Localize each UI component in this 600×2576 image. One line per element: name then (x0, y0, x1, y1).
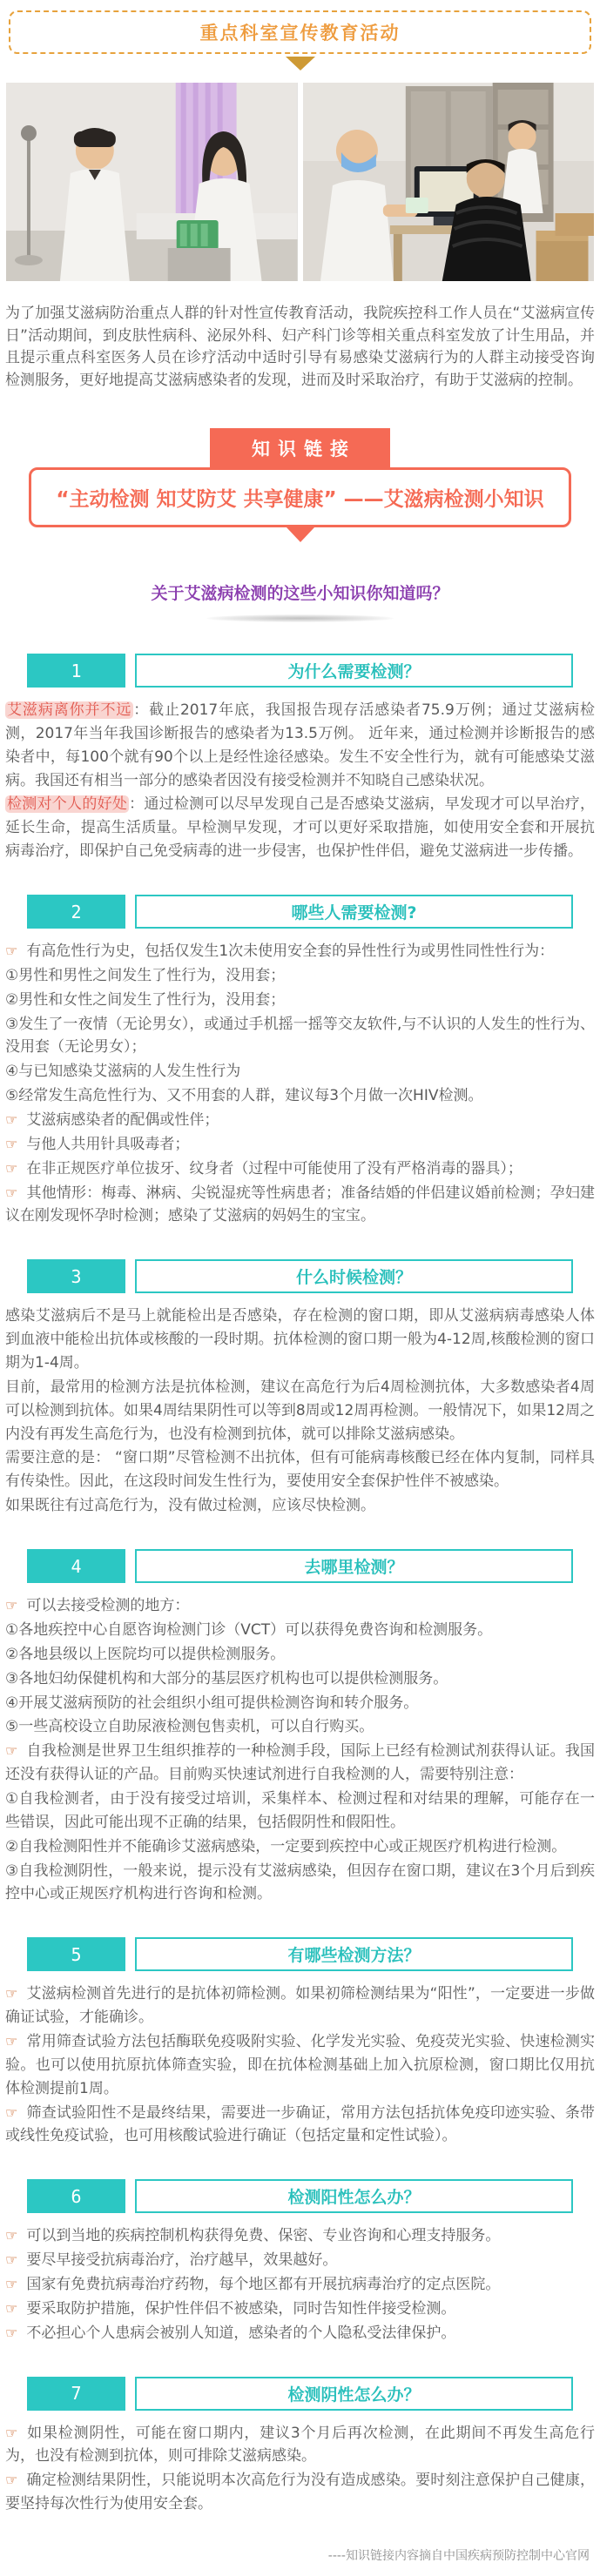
section-1: 1为什么需要检测？艾滋病离你并不远：截止2017年底，我国报告现存活感染者75.… (0, 654, 600, 863)
pointing-finger-icon: ☞ (5, 1160, 17, 1177)
plain-text: 需要注意的是： “窗口期”尽管检测不出抗体，但有可能病毒核酸已经在体内复制，同样… (5, 1449, 595, 1490)
plain-text: ③发生了一夜情（无论男女），或通过手机摇一摇等交友软件,与不认识的人发生的性行为… (5, 1016, 595, 1057)
section-title: 有哪些检测方法？ (135, 1937, 573, 1971)
text-item: ④开展艾滋病预防的社会组织小组可提供检测咨询和转介服务。 (5, 1692, 595, 1715)
text-item: ②男性和女性之间发生了性行为，没用套； (5, 989, 595, 1012)
bullet-item: ☞艾滋病检测首先进行的是抗体初筛检测。如果初筛检测结果为“阳性”，一定要进一步做… (5, 1982, 595, 2029)
section-header: 2哪些人需要检测? (27, 895, 573, 929)
knowledge-link-badge: 知识链接 (210, 428, 390, 468)
section-header: 7检测阴性怎么办？ (27, 2377, 573, 2411)
bullet-item: ☞可以到当地的疾病控制机构获得免费、保密、专业咨询和心理支持服务。 (5, 2224, 595, 2248)
text-item: 目前，最常用的检测方法是抗体检测，建议在高危行为后4周检测抗体，大多数感染者4周… (5, 1376, 595, 1446)
section-3: 3什么时候检测？感染艾滋病后不是马上就能检出是否感染，存在检测的窗口期，即从艾滋… (0, 1259, 600, 1518)
highlighted-phrase: 艾滋病离你并不远 (5, 701, 133, 719)
bullet-item: ☞在非正规医疗单位拔牙、纹身者（过程中可能使用了没有严格消毒的器具）； (5, 1157, 595, 1181)
plain-text: 目前，最常用的检测方法是抗体检测，建议在高危行为后4周检测抗体，大多数感染者4周… (5, 1379, 595, 1443)
section-title: 为什么需要检测？ (135, 654, 573, 688)
section-header: 6检测阳性怎么办？ (27, 2179, 573, 2213)
slogan-box: “主动检测 知艾防艾 共享健康” ——艾滋病检测小知识 (29, 467, 571, 527)
text-item: ③自我检测阴性，一般来说，提示没有艾滋病感染，但因存在窗口期，建议在3个月后到疾… (5, 1860, 595, 1907)
bullet-text: 与他人共用针具吸毒者； (26, 1136, 189, 1153)
highlighted-phrase: 检测对个人的好处 (5, 795, 129, 813)
section-header: 5有哪些检测方法？ (27, 1937, 573, 1971)
article-page: 重点科室宣传教育活动 (0, 0, 600, 2576)
bullet-item: ☞与他人共用针具吸毒者； (5, 1133, 595, 1157)
plain-text: 感染艾滋病后不是马上就能检出是否感染，存在检测的窗口期，即从艾滋病病毒感染人体到… (5, 1307, 595, 1372)
bullet-item: ☞要尽早接受抗病毒治疗，治疗越早，效果越好。 (5, 2249, 595, 2272)
bullet-item: ☞常用筛查试验方法包括酶联免疫吸附实验、化学发光实验、免疫荧光实验、快速检测实验… (5, 2030, 595, 2101)
pointing-finger-icon: ☞ (5, 2300, 17, 2317)
section-2: 2哪些人需要检测?☞有高危性行为史，包括仅发生1次未使用安全套的异性性行为或男性… (0, 895, 600, 1228)
text-item: ⑤一些高校设立自助尿液检测包售卖机，可以自行购买。 (5, 1715, 595, 1739)
section-number-badge: 3 (27, 1259, 125, 1293)
section-title: 检测阴性怎么办？ (135, 2377, 573, 2411)
plain-text: ④开展艾滋病预防的社会组织小组可提供检测咨询和转介服务。 (5, 1694, 418, 1712)
pointing-finger-icon: ☞ (5, 1136, 17, 1152)
sections: 1为什么需要检测？艾滋病离你并不远：截止2017年底，我国报告现存活感染者75.… (0, 654, 600, 2516)
section-title: 什么时候检测？ (135, 1259, 573, 1293)
top-banner: 重点科室宣传教育活动 (9, 10, 591, 54)
intro-paragraph: 为了加强艾滋病防治重点人群的针对性宣传教育活动，我院疾控科工作人员在“艾滋病宣传… (0, 296, 600, 392)
plain-text: 如果既往有过高危行为，没有做过检测，应该尽快检测。 (5, 1497, 375, 1514)
banner-arrow-down-icon (286, 57, 315, 70)
plain-text: ⑤经常发生高危性行为、又不用套的人群，建议每3个月做一次HIV检测。 (5, 1087, 482, 1104)
section-header: 3什么时候检测？ (27, 1259, 573, 1293)
section-5: 5有哪些检测方法？☞艾滋病检测首先进行的是抗体初筛检测。如果初筛检测结果为“阳性… (0, 1937, 600, 2148)
section-body: ☞有高危性行为史，包括仅发生1次未使用安全套的异性性行为或男性同性性行为：①男性… (0, 940, 600, 1228)
pointing-finger-icon: ☞ (5, 1742, 17, 1759)
text-item: 感染艾滋病后不是马上就能检出是否感染，存在检测的窗口期，即从艾滋病病毒感染人体到… (5, 1305, 595, 1375)
pointing-finger-icon: ☞ (5, 1111, 17, 1128)
bullet-item: ☞不必担心个人患病会被别人知道，感染者的个人隐私受法律保护。 (5, 2322, 595, 2345)
section-header: 1为什么需要检测？ (27, 654, 573, 688)
plain-text: ③自我检测阴性，一般来说，提示没有艾滋病感染，但因存在窗口期，建议在3个月后到疾… (5, 1862, 595, 1903)
bullet-item: ☞如果检测阴性，可能在窗口期内，建议3个月后再次检测，在此期间不再发生高危行为，… (5, 2422, 595, 2469)
plain-text: ①男性和男性之间发生了性行为，没用套； (5, 967, 285, 984)
text-item: ①男性和男性之间发生了性行为，没用套； (5, 964, 595, 988)
text-item: ②自我检测阳性并不能确诊艾滋病感染，一定要到疾控中心或正规医疗机构进行检测。 (5, 1835, 595, 1859)
bullet-text: 有高危性行为史，包括仅发生1次未使用安全套的异性性行为或男性同性性行为： (26, 943, 554, 960)
section-title: 哪些人需要检测? (135, 895, 573, 929)
bullet-item: ☞国家有免费抗病毒治疗药物，每个地区都有开展抗病毒治疗的定点医院。 (5, 2273, 595, 2297)
section-number-badge: 5 (27, 1937, 125, 1971)
plain-text: ③各地妇幼保健机构和大部分的基层医疗机构也可以提供检测服务。 (5, 1670, 448, 1687)
text-item: ①各地疾控中心自愿咨询检测门诊（VCT）可以获得免费咨询和检测服务。 (5, 1619, 595, 1642)
pointing-finger-icon: ☞ (5, 2472, 17, 2488)
text-item: ②各地县级以上医院均可以提供检测服务。 (5, 1643, 595, 1667)
photo-row (0, 70, 600, 281)
pointing-finger-icon: ☞ (5, 2227, 17, 2244)
text-item: ④与已知感染艾滋病的人发生性行为 (5, 1060, 595, 1083)
top-banner-title: 重点科室宣传教育活动 (200, 23, 401, 44)
plain-text: ②自我检测阳性并不能确诊艾滋病感染，一定要到疾控中心或正规医疗机构进行检测。 (5, 1838, 566, 1855)
bullet-text: 在非正规医疗单位拔牙、纹身者（过程中可能使用了没有严格消毒的器具）； (26, 1160, 522, 1177)
bullet-text: 其他情形：梅毒、淋病、尖锐湿疣等性病患者；准备结婚的伴侣建议婚前检测；孕妇建议在… (5, 1184, 595, 1225)
plain-text: ①各地疾控中心自愿咨询检测门诊（VCT）可以获得免费咨询和检测服务。 (5, 1621, 492, 1639)
text-item: ③发生了一夜情（无论男女），或通过手机摇一摇等交友软件,与不认识的人发生的性行为… (5, 1013, 595, 1060)
bullet-item: ☞其他情形：梅毒、淋病、尖锐湿疣等性病患者；准备结婚的伴侣建议婚前检测；孕妇建议… (5, 1182, 595, 1229)
bullet-item: ☞有高危性行为史，包括仅发生1次未使用安全套的异性性行为或男性同性性行为： (5, 940, 595, 963)
plain-text: ②男性和女性之间发生了性行为，没用套； (5, 991, 285, 1009)
bullet-item: ☞筛查试验阳性不是最终结果，需要进一步确证，常用方法包括抗体免疫印迹实验、条带或… (5, 2102, 595, 2149)
text-item: 艾滋病离你并不远：截止2017年底，我国报告现存活感染者75.9万例；通过艾滋病… (5, 699, 595, 792)
section-number-badge: 6 (27, 2179, 125, 2213)
section-number-badge: 4 (27, 1549, 125, 1583)
section-6: 6检测阳性怎么办？☞可以到当地的疾病控制机构获得免费、保密、专业咨询和心理支持服… (0, 2179, 600, 2345)
text-item: 检测对个人的好处：通过检测可以尽早发现自己是否感染艾滋病，早发现才可以早治疗，延… (5, 793, 595, 863)
bullet-item: ☞可以去接受检测的地方： (5, 1594, 595, 1618)
pointing-finger-icon: ☞ (5, 2251, 17, 2268)
section-number-badge: 1 (27, 654, 125, 688)
pointing-finger-icon: ☞ (5, 2104, 17, 2121)
section-7: 7检测阴性怎么办？☞如果检测阴性，可能在窗口期内，建议3个月后再次检测，在此期间… (0, 2377, 600, 2516)
bullet-text: 要采取防护措施，保护性伴侣不被感染，同时告知性伴接受检测。 (26, 2300, 455, 2318)
bullet-item: ☞自我检测是世界卫生组织推荐的一种检测手段，国际上已经有检测试剂获得认证。我国还… (5, 1740, 595, 1787)
text-item: 需要注意的是： “窗口期”尽管检测不出抗体，但有可能病毒核酸已经在体内复制，同样… (5, 1446, 595, 1493)
bullet-text: 国家有免费抗病毒治疗药物，每个地区都有开展抗病毒治疗的定点医院。 (26, 2276, 500, 2293)
text-item: 如果既往有过高危行为，没有做过检测，应该尽快检测。 (5, 1494, 595, 1518)
section-body: ☞如果检测阴性，可能在窗口期内，建议3个月后再次检测，在此期间不再发生高危行为，… (0, 2422, 600, 2516)
plain-text: ①自我检测者，由于没有接受过培训，采集样本、检测过程和对结果的理解，可能存在一些… (5, 1790, 595, 1831)
text-item: ③各地妇幼保健机构和大部分的基层医疗机构也可以提供检测服务。 (5, 1667, 595, 1691)
knowledge-link-badge-label: 知识链接 (252, 439, 356, 460)
pointing-finger-icon: ☞ (5, 943, 17, 959)
photo-clinic-left (6, 83, 298, 281)
section-header: 4去哪里检测？ (27, 1549, 573, 1583)
section-body: 感染艾滋病后不是马上就能检出是否感染，存在检测的窗口期，即从艾滋病病毒感染人体到… (0, 1305, 600, 1518)
bullet-text: 确定检测结果阴性，只能说明本次高危行为没有造成感染。要时刻注意保护自己健康，要坚… (5, 2472, 595, 2512)
bullet-text: 可以到当地的疾病控制机构获得免费、保密、专业咨询和心理支持服务。 (26, 2227, 500, 2244)
plain-text: ⑤一些高校设立自助尿液检测包售卖机，可以自行购买。 (5, 1718, 374, 1735)
slogan-text: “主动检测 知艾防艾 共享健康” ——艾滋病检测小知识 (56, 488, 543, 511)
pointing-finger-icon: ☞ (5, 2033, 17, 2049)
bullet-text: 自我检测是世界卫生组织推荐的一种检测手段，国际上已经有检测试剂获得认证。我国还没… (5, 1742, 595, 1783)
bullet-text: 常用筛查试验方法包括酶联免疫吸附实验、化学发光实验、免疫荧光实验、快速检测实验。… (5, 2033, 595, 2097)
plain-text: ②各地县级以上医院均可以提供检测服务。 (5, 1646, 285, 1663)
bullet-item: ☞确定检测结果阴性，只能说明本次高危行为没有造成感染。要时刻注意保护自己健康，要… (5, 2469, 595, 2516)
bullet-item: ☞要采取防护措施，保护性伴侣不被感染，同时告知性伴接受检测。 (5, 2298, 595, 2321)
pointing-finger-icon: ☞ (5, 2425, 17, 2441)
pointing-finger-icon: ☞ (5, 2324, 17, 2341)
section-body: ☞可以去接受检测的地方：①各地疾控中心自愿咨询检测门诊（VCT）可以获得免费咨询… (0, 1594, 600, 1906)
bullet-text: 要尽早接受抗病毒治疗，治疗越早，效果越好。 (26, 2251, 337, 2269)
section-body: 艾滋病离你并不远：截止2017年底，我国报告现存活感染者75.9万例；通过艾滋病… (0, 699, 600, 863)
section-number-badge: 2 (27, 895, 125, 929)
bullet-item: ☞艾滋病感染者的配偶或性伴； (5, 1109, 595, 1132)
text-item: ⑤经常发生高危性行为、又不用套的人群，建议每3个月做一次HIV检测。 (5, 1084, 595, 1108)
section-4: 4去哪里检测？☞可以去接受检测的地方：①各地疾控中心自愿咨询检测门诊（VCT）可… (0, 1549, 600, 1906)
bullet-text: 艾滋病感染者的配偶或性伴； (26, 1111, 219, 1129)
pointing-finger-icon: ☞ (5, 1184, 17, 1201)
question-heading: 关于艾滋病检测的这些小知识你知道吗？ (0, 580, 600, 604)
slogan-box-tail-icon (287, 527, 314, 542)
bullet-text: 筛查试验阳性不是最终结果，需要进一步确证，常用方法包括抗体免疫印迹实验、条带或线… (5, 2104, 595, 2145)
section-title: 检测阳性怎么办？ (135, 2179, 573, 2213)
section-title: 去哪里检测？ (135, 1549, 573, 1583)
bullet-text: 不必担心个人患病会被别人知道，感染者的个人隐私受法律保护。 (26, 2324, 455, 2342)
pointing-finger-icon: ☞ (5, 1985, 17, 2002)
bullet-text: 可以去接受检测的地方： (26, 1597, 189, 1614)
bullet-text: 艾滋病检测首先进行的是抗体初筛检测。如果初筛检测结果为“阳性”，一定要进一步做确… (5, 1985, 595, 2026)
bullet-text: 如果检测阴性，可能在窗口期内，建议3个月后再次检测，在此期间不再发生高危行为，也… (5, 2425, 595, 2465)
section-number-badge: 7 (27, 2377, 125, 2411)
plain-text: ④与已知感染艾滋病的人发生性行为 (5, 1063, 240, 1080)
section-body: ☞可以到当地的疾病控制机构获得免费、保密、专业咨询和心理支持服务。☞要尽早接受抗… (0, 2224, 600, 2345)
pointing-finger-icon: ☞ (5, 2276, 17, 2292)
section-body: ☞艾滋病检测首先进行的是抗体初筛检测。如果初筛检测结果为“阳性”，一定要进一步做… (0, 1982, 600, 2148)
photo-clinic-right (303, 83, 595, 281)
source-note: ----知识链接内容摘自中国疾病预防控制中心官网 (0, 2517, 600, 2576)
pointing-finger-icon: ☞ (5, 1597, 17, 1613)
shadow-divider (206, 614, 394, 622)
text-item: ①自我检测者，由于没有接受过培训，采集样本、检测过程和对结果的理解，可能存在一些… (5, 1788, 595, 1835)
